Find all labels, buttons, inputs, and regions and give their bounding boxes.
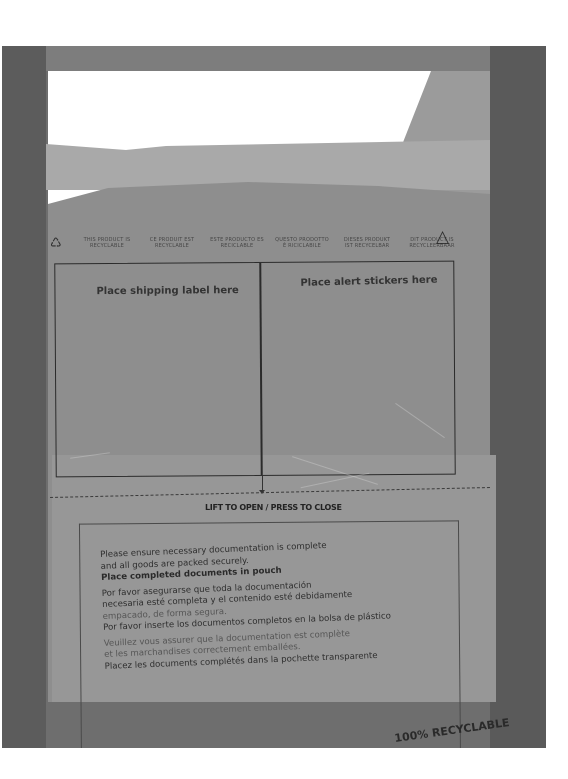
recycle-text: DIT PRODUCT IS RECYCLEERBAAR xyxy=(404,237,460,249)
label-divider xyxy=(259,263,262,475)
seal-instruction[interactable]: LIFT TO OPEN / PRESS TO CLOSE xyxy=(205,503,342,512)
recycle-text: QUESTO PRODOTTO È RICICLABILE xyxy=(274,237,330,249)
label-area: Place shipping label here Place alert st… xyxy=(54,261,455,478)
recycling-strip: THIS PRODUCT IS RECYCLABLE CE PRODUIT ES… xyxy=(52,230,460,256)
page-margin-bottom xyxy=(0,748,568,779)
instructions-block: Please ensure necessary documentation is… xyxy=(100,537,435,673)
shipping-label-zone: Place shipping label here xyxy=(96,285,238,297)
alert-stickers-zone: Place alert stickers here xyxy=(300,275,437,289)
recycle-text: CE PRODUIT EST RECYCLABLE xyxy=(144,237,200,249)
scan-border-left xyxy=(2,46,46,748)
scan-border-right xyxy=(490,46,546,748)
arrow-down-icon xyxy=(262,476,263,492)
recycle-triangle-icon: △ xyxy=(436,227,449,247)
scan-border-top xyxy=(46,46,490,71)
recycle-text: ESTE PRODUCTO ES RECICLABLE xyxy=(209,237,265,249)
recycle-text: THIS PRODUCT IS RECYCLABLE xyxy=(79,237,135,249)
recycle-text: DIESES PRODUKT IST RECYCELBAR xyxy=(339,237,395,249)
